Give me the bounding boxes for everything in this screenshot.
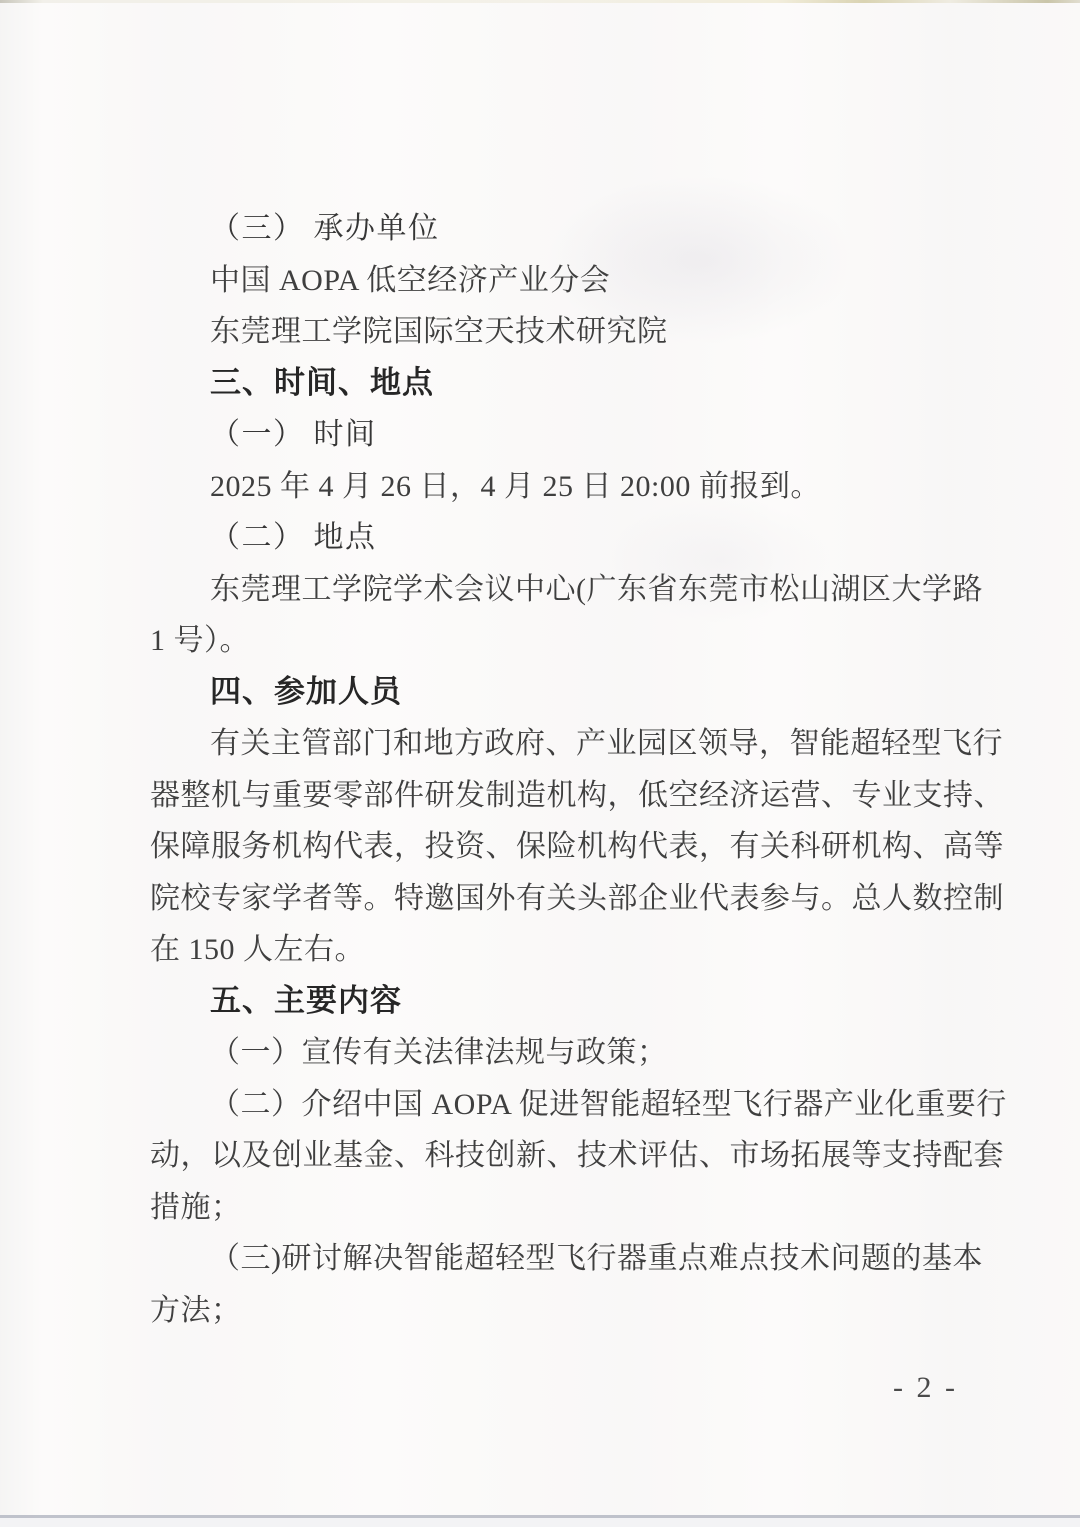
document-line: 中国 AOPA 低空经济产业分会 — [150, 255, 962, 307]
document-line: 器整机与重要零部件研发制造机构，低空经济运营、专业支持、 — [150, 770, 962, 822]
document-body: （三） 承办单位 中国 AOPA 低空经济产业分会 东莞理工学院国际空天技术研究… — [150, 203, 962, 1336]
document-line-subheading: （一） 时间 — [150, 409, 962, 461]
document-line: 方法； — [150, 1285, 962, 1337]
document-line: 措施； — [150, 1182, 962, 1234]
page-number: - 2 - — [893, 1368, 958, 1408]
document-line: （一）宣传有关法律法规与政策； — [150, 1027, 962, 1079]
document-line: 保障服务机构代表，投资、保险机构代表，有关科研机构、高等 — [150, 821, 962, 873]
document-line: （三)研讨解决智能超轻型飞行器重点难点技术问题的基本 — [150, 1233, 962, 1285]
document-line-heading: 五、主要内容 — [150, 976, 962, 1028]
document-line-heading: 三、时间、地点 — [150, 358, 962, 410]
document-line-subheading: （三） 承办单位 — [150, 203, 962, 255]
scan-top-edge-artifact — [0, 0, 1080, 3]
document-line: （二）介绍中国 AOPA 促进智能超轻型飞行器产业化重要行 — [150, 1079, 962, 1131]
document-line: 东莞理工学院国际空天技术研究院 — [150, 306, 962, 358]
document-line: 院校专家学者等。特邀国外有关头部企业代表参与。总人数控制 — [150, 873, 962, 925]
document-line: 东莞理工学院学术会议中心(广东省东莞市松山湖区大学路 — [150, 564, 962, 616]
scanned-document-page: （三） 承办单位 中国 AOPA 低空经济产业分会 东莞理工学院国际空天技术研究… — [0, 0, 1080, 1527]
document-line-heading: 四、参加人员 — [150, 667, 962, 719]
document-line: 有关主管部门和地方政府、产业园区领导，智能超轻型飞行 — [150, 718, 962, 770]
document-line: 在 150 人左右。 — [150, 924, 962, 976]
scan-bottom-strip — [0, 1518, 1080, 1527]
document-line-subheading: （二） 地点 — [150, 512, 962, 564]
document-line: 动，以及创业基金、科技创新、技术评估、市场拓展等支持配套 — [150, 1130, 962, 1182]
document-line: 2025 年 4 月 26 日，4 月 25 日 20:00 前报到。 — [150, 461, 962, 513]
document-line: 1 号）。 — [150, 615, 962, 667]
